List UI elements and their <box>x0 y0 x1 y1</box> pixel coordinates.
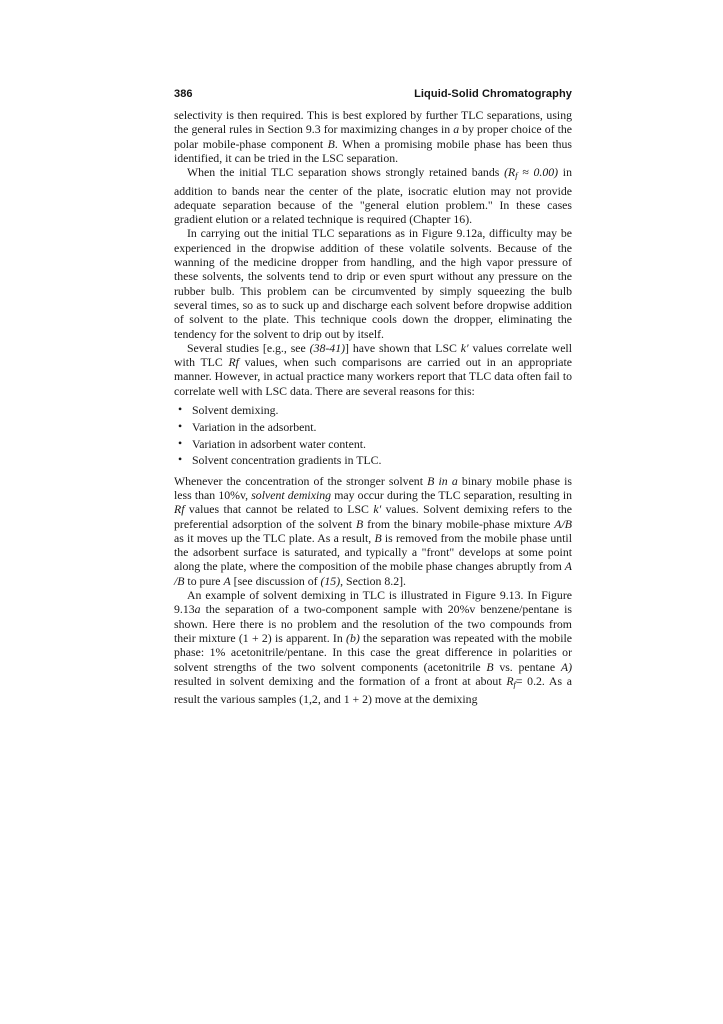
paragraph: When the initial TLC separation shows st… <box>174 165 572 226</box>
text-segment: from the binary mobile-phase mixture <box>363 517 554 531</box>
page-number: 386 <box>174 88 193 100</box>
text-segment: In carrying out the initial TLC separati… <box>174 226 572 340</box>
paragraph: Whenever the concentration of the strong… <box>174 474 572 588</box>
bullet-item: •Variation in the adsorbent. <box>192 420 572 434</box>
text-segment: Rf <box>174 502 184 516</box>
text-segment: values that cannot be related to LSC <box>184 502 373 516</box>
text-segment: (R <box>504 165 515 179</box>
paragraph: An example of solvent demixing in TLC is… <box>174 588 572 706</box>
text-segment: (b) <box>346 631 360 645</box>
text-segment: vs. pentane <box>494 660 561 674</box>
bullet-icon: • <box>178 436 182 450</box>
text-segment: as it moves up the TLC plate. As a resul… <box>174 531 374 545</box>
text-segment: solvent demixing <box>251 488 331 502</box>
text-segment: Rf <box>228 355 238 369</box>
text-segment: to pure <box>184 574 223 588</box>
text-segment: B in a <box>427 474 458 488</box>
bullet-item: •Solvent demixing. <box>192 403 572 417</box>
running-head: 386 Liquid-Solid Chromatography <box>174 88 572 100</box>
text-segment: , Section 8.2]. <box>340 574 406 588</box>
text-segment: ≈ 0.00) <box>518 165 559 179</box>
text-segment: R <box>506 674 513 688</box>
text-segment: A <box>223 574 230 588</box>
bullet-list: •Solvent demixing.•Variation in the adso… <box>174 403 572 468</box>
text-segment: k′ <box>461 341 469 355</box>
running-title: Liquid-Solid Chromatography <box>414 88 572 100</box>
paragraph: Several studies [e.g., see (38-41)] have… <box>174 341 572 398</box>
text-segment: Whenever the concentration of the strong… <box>174 474 427 488</box>
paragraph: In carrying out the initial TLC separati… <box>174 226 572 340</box>
text-segment: ] have shown that LSC <box>345 341 461 355</box>
text-segment: B <box>374 531 381 545</box>
bullet-item: •Solvent concentration gradients in TLC. <box>192 453 572 467</box>
paragraph: selectivity is then required. This is be… <box>174 108 572 165</box>
page-body: selectivity is then required. This is be… <box>174 108 572 707</box>
text-segment: A) <box>561 660 572 674</box>
text-segment: Several studies [e.g., see <box>187 341 310 355</box>
text-segment: [see discussion of <box>231 574 321 588</box>
bullet-item-label: Variation in adsorbent water content. <box>192 437 366 451</box>
text-segment: (15) <box>320 574 340 588</box>
bullet-item-label: Solvent concentration gradients in TLC. <box>192 453 381 467</box>
text-segment: resulted in solvent demixing and the for… <box>174 674 506 688</box>
text-segment: When the initial TLC separation shows st… <box>187 165 504 179</box>
text-segment: may occur during the TLC separation, res… <box>331 488 572 502</box>
bullet-icon: • <box>178 419 182 433</box>
book-page: 386 Liquid-Solid Chromatography selectiv… <box>0 0 723 1024</box>
bullet-item-label: Solvent demixing. <box>192 403 279 417</box>
text-segment: (38-41) <box>310 341 345 355</box>
page-content: 386 Liquid-Solid Chromatography selectiv… <box>174 88 572 707</box>
text-segment: k′ <box>373 502 381 516</box>
bullet-icon: • <box>178 402 182 416</box>
bullet-item-label: Variation in the adsorbent. <box>192 420 317 434</box>
bullet-icon: • <box>178 452 182 466</box>
text-segment: A/B <box>554 517 572 531</box>
text-segment: B <box>486 660 493 674</box>
bullet-item: •Variation in adsorbent water content. <box>192 437 572 451</box>
text-segment: B <box>328 137 335 151</box>
